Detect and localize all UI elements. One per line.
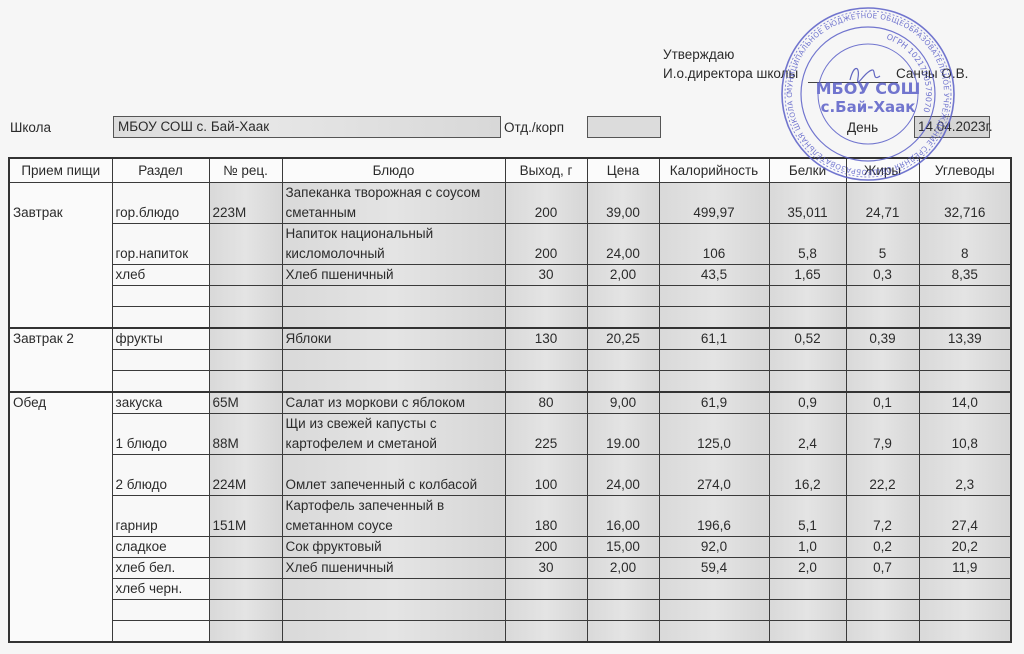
cell-protein: 0,52: [769, 328, 846, 350]
cell-section: фрукты: [112, 328, 209, 350]
table-row: хлеб черн.: [9, 579, 1011, 600]
cell-protein: [769, 579, 846, 600]
cell-section: [112, 350, 209, 371]
cell-carbs: 13,39: [919, 328, 1011, 350]
cell-price: 39,00: [587, 183, 659, 224]
header-recipe: № рец.: [209, 158, 282, 183]
cell-kcal: 499,97: [659, 183, 769, 224]
cell-dish: [282, 371, 505, 393]
cell-fat: [846, 621, 919, 643]
cell-yield: [505, 371, 587, 393]
cell-yield: [505, 286, 587, 307]
cell-section: 1 блюдо: [112, 414, 209, 455]
cell-section: [112, 371, 209, 393]
table-row: 2 блюдо224МОмлет запеченный с колбасой10…: [9, 455, 1011, 496]
cell-protein: [769, 307, 846, 329]
cell-fat: 0,3: [846, 265, 919, 286]
table-row: [9, 600, 1011, 621]
cell-yield: 30: [505, 558, 587, 579]
meal-cell: Завтрак: [9, 183, 112, 329]
table-row: Обедзакуска65МСалат из моркови с яблоком…: [9, 392, 1011, 414]
cell-section: гор.блюдо: [112, 183, 209, 224]
cell-yield: 200: [505, 224, 587, 265]
cell-fat: 24,71: [846, 183, 919, 224]
cell-section: [112, 286, 209, 307]
cell-carbs: 20,2: [919, 537, 1011, 558]
cell-price: [587, 286, 659, 307]
cell-fat: [846, 371, 919, 393]
table-row: гарнир151МКартофель запеченный в сметанн…: [9, 496, 1011, 537]
cell-fat: [846, 350, 919, 371]
cell-dish: [282, 350, 505, 371]
meal-label: Завтрак: [13, 183, 109, 223]
cell-kcal: 196,6: [659, 496, 769, 537]
header-kcal: Калорийность: [659, 158, 769, 183]
cell-dish: Омлет запеченный с колбасой: [282, 455, 505, 496]
cell-recipe: 65М: [209, 392, 282, 414]
table-row: Завтрак 2фруктыЯблоки13020,2561,10,520,3…: [9, 328, 1011, 350]
cell-protein: 2,0: [769, 558, 846, 579]
cell-section: сладкое: [112, 537, 209, 558]
cell-recipe: [209, 558, 282, 579]
cell-kcal: [659, 600, 769, 621]
cell-fat: [846, 579, 919, 600]
table-row: [9, 350, 1011, 371]
table-row: хлебХлеб пшеничный302,0043,51,650,38,35: [9, 265, 1011, 286]
cell-recipe: 88М: [209, 414, 282, 455]
stamp-ring-text: МУНИЦИПАЛЬНОЕ БЮДЖЕТНОЕ ОБЩЕОБРАЗОВАТЕЛЬ…: [780, 6, 951, 177]
cell-carbs: 14,0: [919, 392, 1011, 414]
header-carbs: Углеводы: [919, 158, 1011, 183]
header-protein: Белки: [769, 158, 846, 183]
cell-protein: 16,2: [769, 455, 846, 496]
cell-section: гор.напиток: [112, 224, 209, 265]
cell-protein: [769, 371, 846, 393]
cell-section: [112, 600, 209, 621]
cell-carbs: 32,716: [919, 183, 1011, 224]
menu-table: Прием пищиРаздел№ рец.БлюдоВыход, гЦенаК…: [8, 157, 1012, 643]
header-yield: Выход, г: [505, 158, 587, 183]
cell-carbs: 2,3: [919, 455, 1011, 496]
cell-yield: [505, 621, 587, 643]
cell-kcal: [659, 307, 769, 329]
table-row: гор.напитокНапиток национальный кисломол…: [9, 224, 1011, 265]
cell-recipe: [209, 350, 282, 371]
cell-kcal: 92,0: [659, 537, 769, 558]
cell-fat: 5: [846, 224, 919, 265]
cell-protein: [769, 600, 846, 621]
cell-fat: 0,39: [846, 328, 919, 350]
cell-price: 24,00: [587, 455, 659, 496]
cell-yield: [505, 350, 587, 371]
table-header-row: Прием пищиРаздел№ рец.БлюдоВыход, гЦенаК…: [9, 158, 1011, 183]
cell-yield: 180: [505, 496, 587, 537]
cell-fat: 0,1: [846, 392, 919, 414]
table-row: 1 блюдо88МЩи из свежей капусты с картофе…: [9, 414, 1011, 455]
stamp-center-line2: с.Бай-Хаак: [821, 98, 916, 116]
cell-protein: [769, 621, 846, 643]
cell-yield: 100: [505, 455, 587, 496]
cell-recipe: [209, 328, 282, 350]
cell-carbs: [919, 579, 1011, 600]
cell-dish: Сок фруктовый: [282, 537, 505, 558]
cell-dish: [282, 286, 505, 307]
approval-title: Утверждаю: [663, 47, 734, 62]
cell-carbs: [919, 286, 1011, 307]
cell-yield: 200: [505, 183, 587, 224]
cell-price: [587, 579, 659, 600]
table-row: хлеб бел.Хлеб пшеничный302,0059,42,00,71…: [9, 558, 1011, 579]
table-row: [9, 371, 1011, 393]
header-section: Раздел: [112, 158, 209, 183]
cell-price: 9,00: [587, 392, 659, 414]
cell-yield: 80: [505, 392, 587, 414]
cell-fat: [846, 286, 919, 307]
table-row: сладкоеСок фруктовый20015,0092,01,00,220…: [9, 537, 1011, 558]
cell-price: 20,25: [587, 328, 659, 350]
header-dish: Блюдо: [282, 158, 505, 183]
cell-price: [587, 621, 659, 643]
cell-dish: Яблоки: [282, 328, 505, 350]
cell-carbs: [919, 371, 1011, 393]
signature-line: [808, 82, 898, 83]
cell-kcal: 59,4: [659, 558, 769, 579]
date-value: 14.04.2023г.: [918, 119, 993, 134]
cell-carbs: 10,8: [919, 414, 1011, 455]
cell-yield: 30: [505, 265, 587, 286]
cell-fat: [846, 600, 919, 621]
approver-name: Санчы О.В.: [896, 66, 968, 81]
cell-yield: [505, 307, 587, 329]
cell-recipe: [209, 579, 282, 600]
cell-recipe: [209, 307, 282, 329]
cell-recipe: [209, 265, 282, 286]
header-price: Цена: [587, 158, 659, 183]
cell-kcal: 61,9: [659, 392, 769, 414]
cell-protein: [769, 286, 846, 307]
cell-yield: [505, 579, 587, 600]
meal-label: Обед: [13, 393, 109, 413]
cell-section: [112, 621, 209, 643]
dept-label: Отд./корп: [504, 120, 564, 135]
cell-dish: [282, 600, 505, 621]
table-row: [9, 621, 1011, 643]
cell-fat: 7,2: [846, 496, 919, 537]
cell-recipe: [209, 621, 282, 643]
cell-dish: Щи из свежей капусты с картофелем и смет…: [282, 414, 505, 455]
cell-carbs: 27,4: [919, 496, 1011, 537]
cell-kcal: [659, 621, 769, 643]
cell-price: 16,00: [587, 496, 659, 537]
cell-carbs: [919, 350, 1011, 371]
cell-section: гарнир: [112, 496, 209, 537]
svg-text:МУНИЦИПАЛЬНОЕ БЮДЖЕТНОЕ ОБЩЕОБ: МУНИЦИПАЛЬНОЕ БЮДЖЕТНОЕ ОБЩЕОБРАЗОВАТЕЛЬ…: [780, 6, 951, 177]
cell-carbs: 8: [919, 224, 1011, 265]
cell-protein: [769, 350, 846, 371]
cell-carbs: [919, 600, 1011, 621]
cell-section: 2 блюдо: [112, 455, 209, 496]
cell-kcal: 43,5: [659, 265, 769, 286]
cell-carbs: 11,9: [919, 558, 1011, 579]
header-fat: Жиры: [846, 158, 919, 183]
cell-dish: Картофель запеченный в сметанном соусе: [282, 496, 505, 537]
cell-price: 19.00: [587, 414, 659, 455]
cell-kcal: [659, 286, 769, 307]
dept-field[interactable]: [587, 116, 661, 138]
cell-recipe: [209, 600, 282, 621]
cell-fat: 0,2: [846, 537, 919, 558]
cell-protein: 1,65: [769, 265, 846, 286]
cell-yield: 225: [505, 414, 587, 455]
cell-carbs: 8,35: [919, 265, 1011, 286]
cell-kcal: 125,0: [659, 414, 769, 455]
cell-recipe: 151М: [209, 496, 282, 537]
cell-price: 24,00: [587, 224, 659, 265]
cell-price: 2,00: [587, 265, 659, 286]
cell-dish: Салат из моркови с яблоком: [282, 392, 505, 414]
cell-kcal: [659, 579, 769, 600]
cell-protein: 5,8: [769, 224, 846, 265]
cell-yield: 200: [505, 537, 587, 558]
day-label: День: [847, 120, 878, 135]
cell-section: закуска: [112, 392, 209, 414]
cell-recipe: [209, 371, 282, 393]
cell-fat: 22,2: [846, 455, 919, 496]
cell-dish: [282, 579, 505, 600]
cell-dish: Запеканка творожная с соусом сметанным: [282, 183, 505, 224]
cell-protein: 5,1: [769, 496, 846, 537]
cell-fat: 7,9: [846, 414, 919, 455]
table-row: Завтракгор.блюдо223МЗапеканка творожная …: [9, 183, 1011, 224]
cell-section: [112, 307, 209, 329]
cell-section: хлеб бел.: [112, 558, 209, 579]
cell-price: [587, 600, 659, 621]
cell-dish: [282, 621, 505, 643]
cell-carbs: [919, 621, 1011, 643]
cell-dish: Напиток национальный кисломолочный: [282, 224, 505, 265]
cell-protein: 0,9: [769, 392, 846, 414]
meal-cell: Завтрак 2: [9, 328, 112, 392]
table-row: [9, 286, 1011, 307]
cell-recipe: 224М: [209, 455, 282, 496]
school-stamp-icon: МУНИЦИПАЛЬНОЕ БЮДЖЕТНОЕ ОБЩЕОБРАЗОВАТЕЛЬ…: [780, 6, 956, 182]
cell-protein: 35,011: [769, 183, 846, 224]
header-meal: Прием пищи: [9, 158, 112, 183]
cell-fat: [846, 307, 919, 329]
cell-price: [587, 371, 659, 393]
school-label: Школа: [10, 120, 51, 135]
cell-recipe: [209, 286, 282, 307]
cell-kcal: [659, 350, 769, 371]
cell-recipe: [209, 537, 282, 558]
cell-dish: Хлеб пшеничный: [282, 558, 505, 579]
approval-role: И.о.директора школы: [663, 66, 798, 81]
cell-dish: Хлеб пшеничный: [282, 265, 505, 286]
table-row: [9, 307, 1011, 329]
cell-recipe: 223М: [209, 183, 282, 224]
cell-price: 15,00: [587, 537, 659, 558]
cell-recipe: [209, 224, 282, 265]
school-value: МБОУ СОШ с. Бай-Хаак: [118, 119, 269, 134]
cell-price: [587, 350, 659, 371]
cell-kcal: 61,1: [659, 328, 769, 350]
cell-yield: 130: [505, 328, 587, 350]
cell-kcal: 274,0: [659, 455, 769, 496]
cell-kcal: [659, 371, 769, 393]
cell-dish: [282, 307, 505, 329]
cell-price: [587, 307, 659, 329]
cell-price: 2,00: [587, 558, 659, 579]
cell-fat: 0,7: [846, 558, 919, 579]
meal-label: Завтрак 2: [13, 329, 109, 349]
cell-protein: 2,4: [769, 414, 846, 455]
cell-section: хлеб: [112, 265, 209, 286]
cell-protein: 1,0: [769, 537, 846, 558]
meal-cell: Обед: [9, 392, 112, 642]
cell-kcal: 106: [659, 224, 769, 265]
cell-section: хлеб черн.: [112, 579, 209, 600]
cell-yield: [505, 600, 587, 621]
cell-carbs: [919, 307, 1011, 329]
